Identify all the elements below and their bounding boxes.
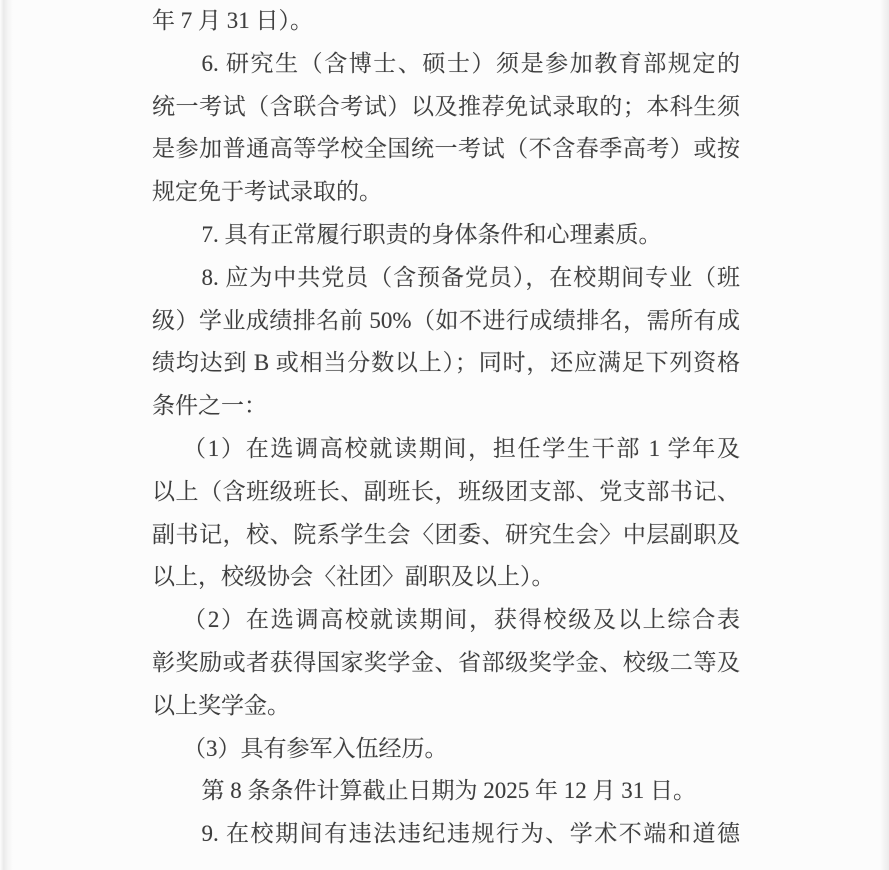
text-line: 以上，校级协会〈社团〉副职及以上）。: [152, 556, 740, 599]
text-line: 7. 具有正常履行职责的身体条件和心理素质。: [152, 214, 740, 257]
text-line: 规定免于考试录取的。: [152, 171, 740, 214]
text-line: 统一考试（含联合考试）以及推荐免试录取的；本科生须: [152, 86, 740, 129]
text-line: 绩均达到 B 或相当分数以上）；同时，还应满足下列资格: [152, 342, 740, 385]
scan-edge-left: [0, 0, 13, 870]
text-line: 第 8 条条件计算截止日期为 2025 年 12 月 31 日。: [152, 770, 740, 813]
text-line: 以上奖学金。: [152, 685, 740, 728]
text-line: 副书记，校、院系学生会〈团委、研究生会〉中层副职及: [152, 514, 740, 557]
text-line: （2）在选调高校就读期间，获得校级及以上综合表: [152, 599, 740, 642]
text-line: 6. 研究生（含博士、硕士）须是参加教育部规定的: [152, 43, 740, 86]
text-line: 条件之一：: [152, 385, 740, 428]
text-line: （3）具有参军入伍经历。: [152, 728, 740, 771]
text-line: 彰奖励或者获得国家奖学金、省部级奖学金、校级二等及: [152, 642, 740, 685]
text-line: 以上（含班级班长、副班长，班级团支部、党支部书记、: [152, 471, 740, 514]
scan-edge-right: [880, 0, 889, 870]
document-text-block: 年 7 月 31 日）。6. 研究生（含博士、硕士）须是参加教育部规定的统一考试…: [152, 0, 740, 856]
text-line: （1）在选调高校就读期间，担任学生干部 1 学年及: [152, 428, 740, 471]
document-page: 年 7 月 31 日）。6. 研究生（含博士、硕士）须是参加教育部规定的统一考试…: [0, 0, 889, 870]
text-line: 年 7 月 31 日）。: [152, 0, 740, 43]
text-line: 9. 在校期间有违法违纪违规行为、学术不端和道德: [152, 813, 740, 856]
text-line: 级）学业成绩排名前 50%（如不进行成绩排名，需所有成: [152, 300, 740, 343]
text-line: 8. 应为中共党员（含预备党员），在校期间专业（班: [152, 257, 740, 300]
text-line: 是参加普通高等学校全国统一考试（不含春季高考）或按: [152, 128, 740, 171]
